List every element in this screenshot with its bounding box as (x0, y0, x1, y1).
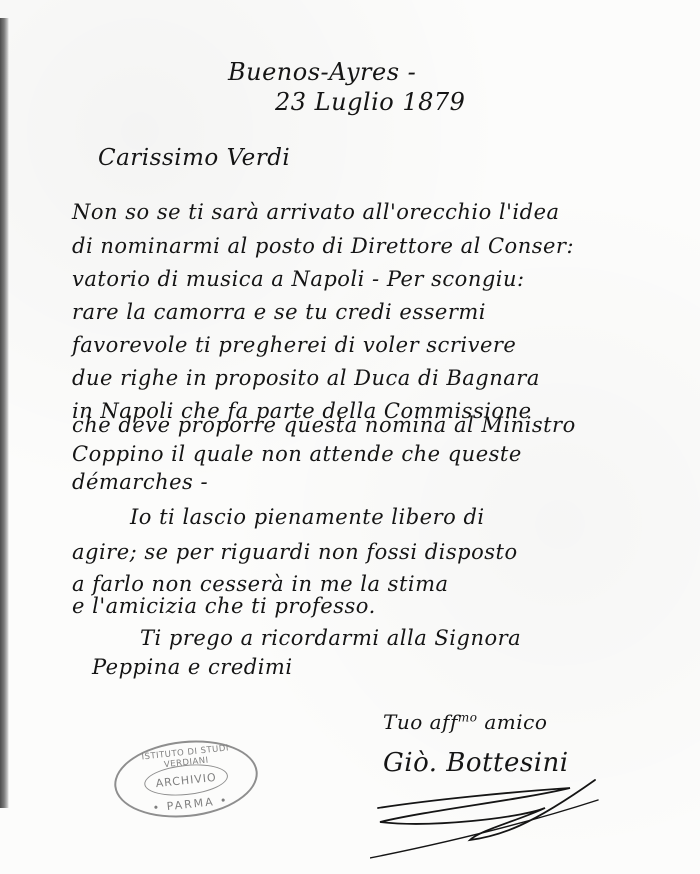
body-line: Io ti lascio pienamente libero di (130, 505, 485, 529)
body-line: e l'amicizia che ti professo. (72, 594, 376, 618)
letter-salutation: Carissimo Verdi (98, 145, 290, 171)
letter-date: 23 Luglio 1879 (275, 88, 465, 116)
closing-line: Tuo affmo amico (383, 710, 547, 734)
body-line: Ti prego a ricordarmi alla Signora (140, 626, 521, 650)
body-line: démarches - (72, 470, 208, 494)
body-line: Peppina e credimi (92, 655, 293, 679)
signature-flourish (370, 770, 600, 860)
stamp-bottom-text: • PARMA • (138, 792, 243, 816)
body-line: agire; se per riguardi non fossi dispost… (72, 540, 518, 564)
body-line: a farlo non cesserà in me la stima (72, 572, 449, 596)
body-line: favorevole ti pregherei di voler scriver… (72, 333, 516, 357)
closing-abbrev-sup: mo (458, 710, 478, 724)
body-line: di nominarmi al posto di Direttore al Co… (72, 234, 574, 258)
letter-place: Buenos-Ayres - (228, 58, 416, 86)
archive-stamp: ISTITUTO DI STUDI VERDIANI ARCHIVIO • PA… (110, 734, 261, 825)
closing-prefix: Tuo (383, 710, 423, 734)
body-line: vatorio di musica a Napoli - Per scongiu… (72, 267, 525, 291)
body-line: Coppino il quale non attende che queste (72, 442, 522, 466)
body-line: due righe in proposito al Duca di Bagnar… (72, 366, 540, 390)
closing-word: amico (484, 710, 547, 734)
letter-page: Buenos-Ayres - 23 Luglio 1879 Carissimo … (0, 0, 700, 874)
binding-edge (0, 18, 9, 808)
body-line: rare la camorra e se tu credi essermi (72, 300, 486, 324)
stamp-center-text: ARCHIVIO (155, 770, 217, 789)
closing-abbrev: aff (430, 710, 458, 734)
body-line: Non so se ti sarà arrivato all'orecchio … (72, 200, 560, 224)
body-line: che deve proporre questa nomina al Minis… (72, 413, 576, 437)
